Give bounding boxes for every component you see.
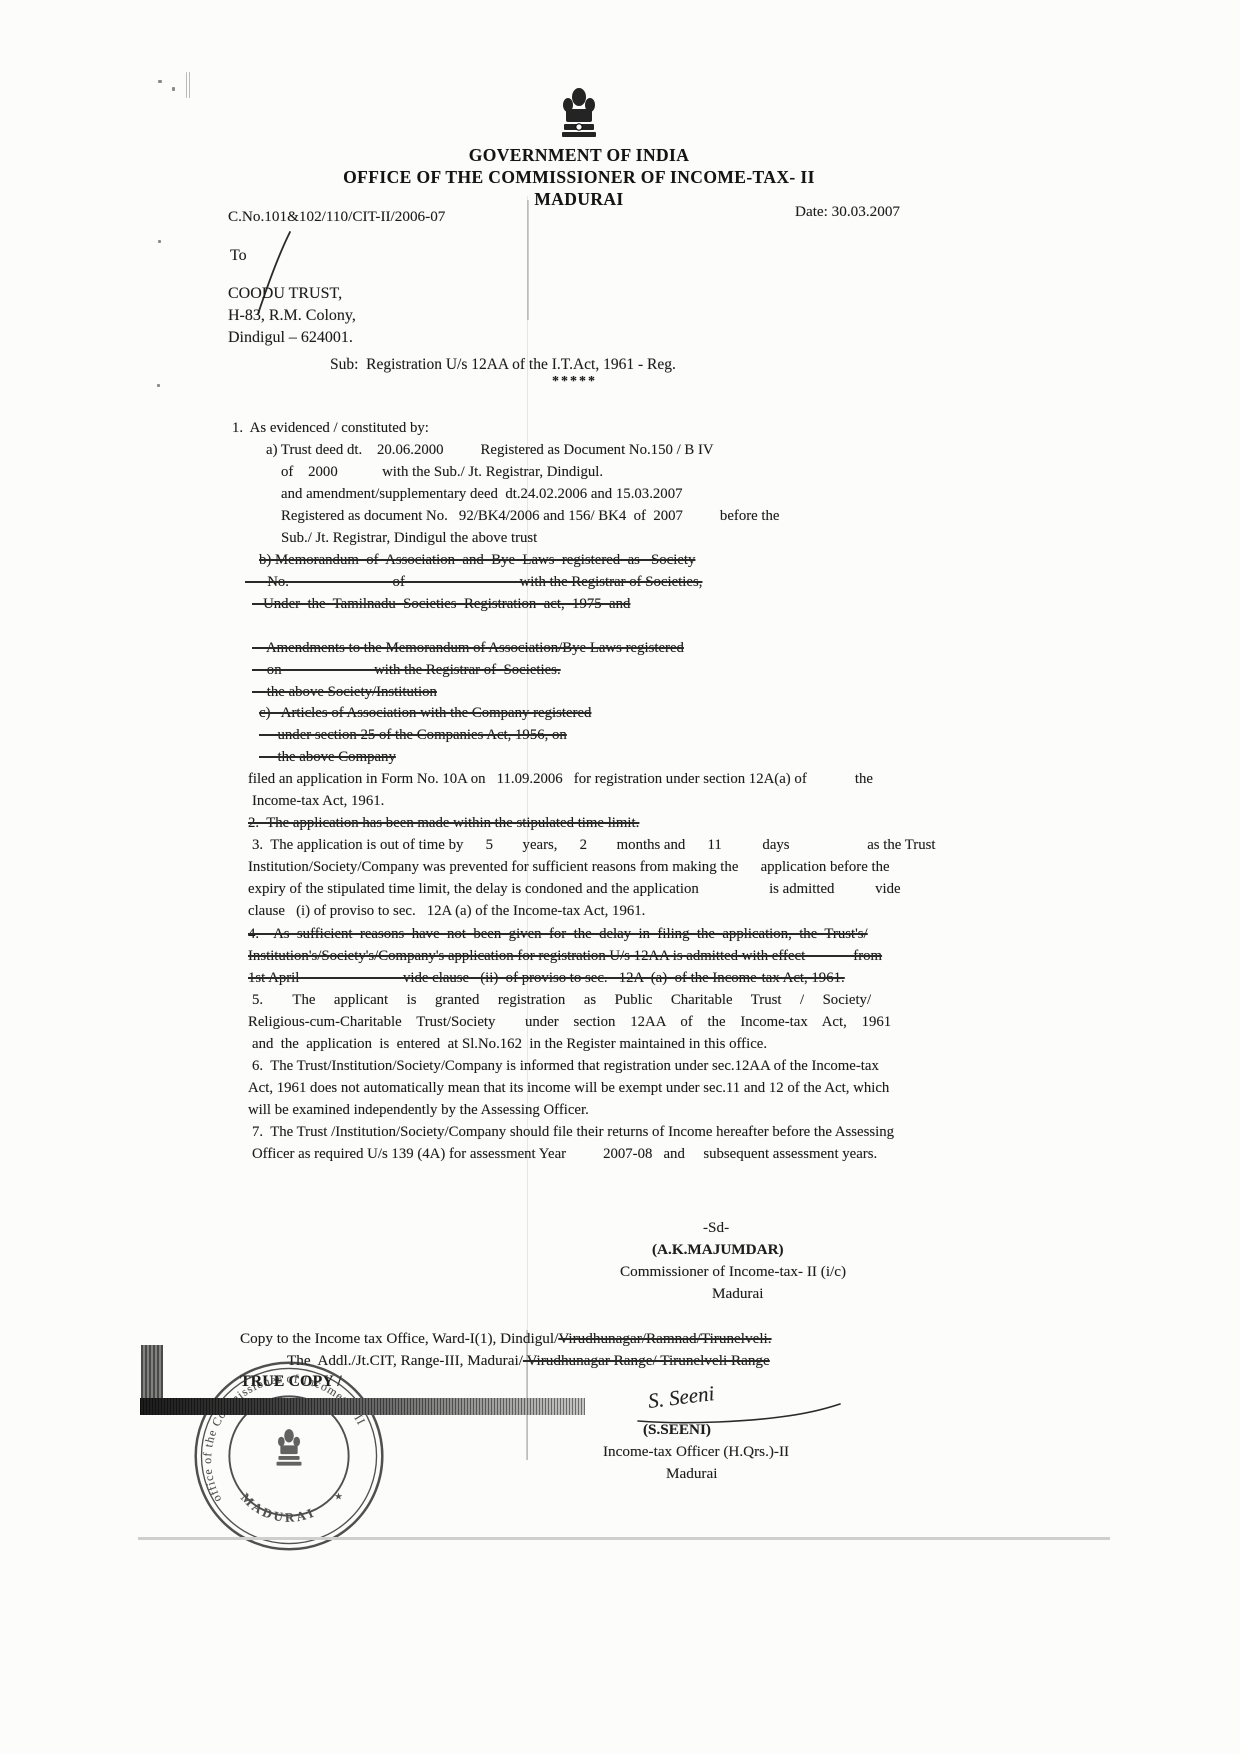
stamp-city-text: MADURAI [238, 1490, 318, 1525]
body-line: Institution/Society/Company was prevente… [248, 857, 890, 877]
addressee-street: H-83, R.M. Colony, [228, 305, 356, 327]
body-line: Income-tax Act, 1961. [252, 791, 384, 811]
svg-text:MADURAI: MADURAI [238, 1490, 318, 1525]
body-line-struck: 4. As sufficient reasons have not been g… [248, 924, 868, 944]
body-line-struck: No. of with the Registrar of Societies, [245, 572, 702, 592]
scan-speck [158, 80, 162, 83]
sd-mark: -Sd- [703, 1219, 729, 1237]
body-line: clause (i) of proviso to sec. 12A (a) of… [248, 901, 645, 921]
body-line: of 2000 with the Sub./ Jt. Registrar, Di… [281, 462, 603, 482]
body-line-struck: under section 25 of the Companies Act, 1… [259, 725, 567, 745]
body-line: 5. The applicant is granted registration… [252, 990, 871, 1010]
copy-to-line-1-struck: Virudhunagar/Ramnad/Tirunelveli. [558, 1330, 771, 1347]
body-line-struck: 1st April vide clause (ii) of proviso to… [248, 968, 845, 988]
body-line: Registered as document No. 92/BK4/2006 a… [281, 506, 780, 526]
ito-place: Madurai [666, 1465, 717, 1483]
scan-artifact-band [140, 1398, 585, 1415]
letter-date: Date: 30.03.2007 [795, 203, 900, 221]
stamp-ring-text: office of the Commissioner of Incometax … [200, 1371, 369, 1504]
scan-speck [186, 72, 192, 98]
header-office-line: OFFICE OF THE COMMISSIONER OF INCOME-TAX… [0, 167, 1158, 188]
body-line: Act, 1961 does not automatically mean th… [248, 1078, 889, 1098]
body-line: and the application is entered at Sl.No.… [252, 1034, 767, 1054]
fold-line-segment [527, 200, 529, 320]
addressee-name: COODU TRUST, [228, 283, 342, 305]
copy-to-line-1: Copy to the Income tax Office, Ward-I(1)… [240, 1329, 772, 1349]
body-line: expiry of the stipulated time limit, the… [248, 879, 901, 899]
body-line: 1. As evidenced / constituted by: [232, 418, 429, 438]
scan-speck [172, 87, 175, 91]
body-line-struck: 2. The application has been made within … [248, 813, 639, 833]
body-line: 6. The Trust/Institution/Society/Company… [252, 1056, 879, 1076]
svg-text:office of the Commissioner of: office of the Commissioner of Incometax … [200, 1371, 369, 1504]
copy-to-line-2-struck: Virudhunagar Range/ Tirunelveli Range [523, 1352, 770, 1369]
subject-line: Sub: Registration U/s 12AA of the I.T.Ac… [330, 356, 676, 374]
body-line-struck: the above Company [259, 747, 396, 767]
scan-speck [157, 384, 160, 387]
to-label: To [230, 245, 247, 267]
body-line: 3. The application is out of time by 5 y… [252, 835, 936, 855]
body-line: and amendment/supplementary deed dt.24.0… [281, 484, 683, 504]
scanned-letter-page: GOVERNMENT OF INDIA OFFICE OF THE COMMIS… [0, 0, 1240, 1754]
body-line-struck: c) Articles of Association with the Comp… [259, 703, 591, 723]
header-city: MADURAI [0, 189, 1158, 210]
body-line: filed an application in Form No. 10A on … [248, 769, 873, 789]
copy-to-line-1-plain: Copy to the Income tax Office, Ward-I(1)… [240, 1330, 558, 1347]
body-line-struck: b) Memorandum of Association and Bye Law… [259, 550, 695, 570]
body-line-struck: the above Society/Institution [252, 682, 437, 702]
body-line-struck: Institution's/Society's/Company's applic… [248, 946, 882, 966]
body-line-struck: on with the Registrar of Societies. [252, 660, 561, 680]
ito-name: (S.SEENI) [643, 1421, 711, 1439]
body-line-struck: Amendments to the Memorandum of Associat… [252, 638, 684, 658]
commissioner-place: Madurai [712, 1285, 763, 1303]
office-round-stamp: office of the Commissioner of Incometax … [188, 1355, 390, 1557]
body-line: a) Trust deed dt. 20.06.2000 Registered … [266, 440, 714, 460]
body-line: Sub./ Jt. Registrar, Dindigul the above … [281, 528, 537, 548]
stamp-emblem-icon [276, 1429, 301, 1466]
commissioner-designation: Commissioner of Income-tax- II (i/c) [620, 1263, 846, 1281]
fold-line-segment [526, 1330, 528, 1460]
body-line: Religious-cum-Charitable Trust/Society u… [248, 1012, 891, 1032]
scan-artifact-block [141, 1345, 163, 1403]
emblem-of-india-icon [557, 86, 601, 146]
body-line: will be examined independently by the As… [248, 1100, 589, 1120]
body-line: Officer as required U/s 139 (4A) for ass… [252, 1144, 877, 1164]
header-government-of-india: GOVERNMENT OF INDIA [0, 145, 1158, 166]
commissioner-name: (A.K.MAJUMDAR) [652, 1241, 784, 1259]
body-line-struck: Under the Tamilnadu Societies Registrati… [252, 594, 630, 614]
scan-speck [158, 240, 161, 243]
addressee-city: Dindigul – 624001. [228, 327, 353, 349]
reference-number: C.No.101&102/110/CIT-II/2006-07 [228, 208, 445, 226]
ito-designation: Income-tax Officer (H.Qrs.)-II [603, 1443, 789, 1461]
body-line: 7. The Trust /Institution/Society/Compan… [252, 1122, 894, 1142]
subject-stars: ***** [552, 374, 597, 390]
stamp-star: ★ [334, 1491, 343, 1502]
scan-bottom-rule [138, 1537, 1110, 1540]
